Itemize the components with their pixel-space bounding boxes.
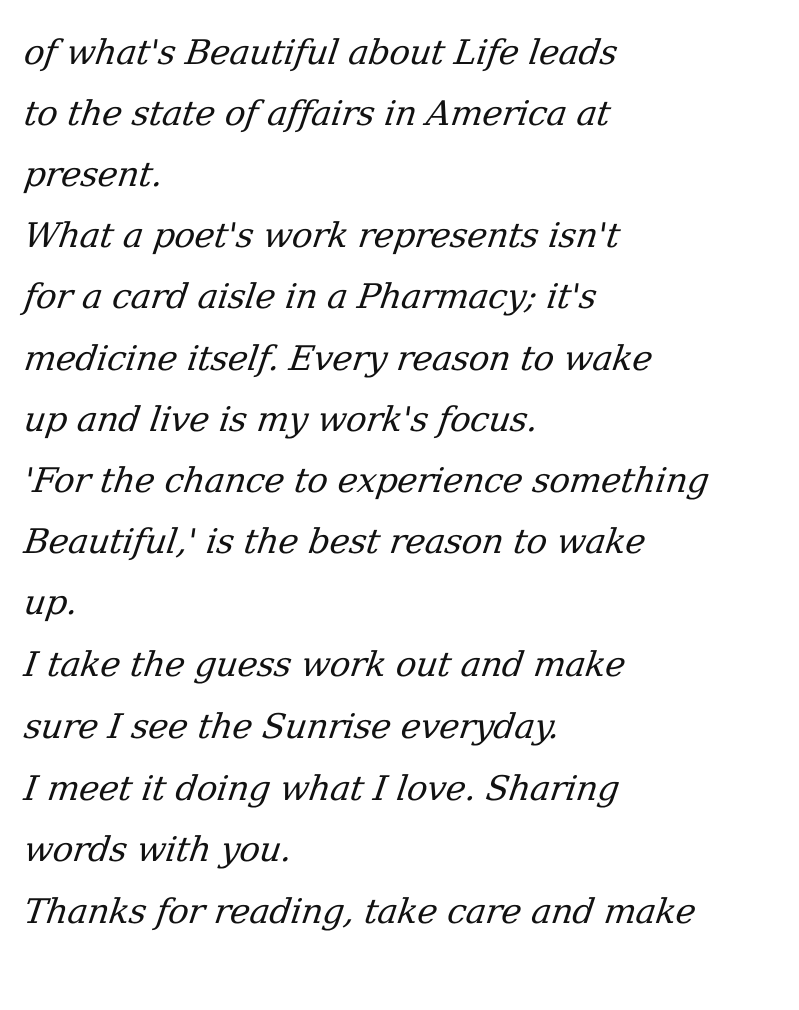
text-line: What a poet's work represents isn't [22,219,622,253]
text-line: to the state of affairs in America at [22,97,612,131]
text-line: 'For the chance to experience something [22,464,711,498]
text-line: I meet it doing what I love. Sharing [22,772,621,806]
text-line: for a card aisle in a Pharmacy; it's [22,280,599,314]
text-line: Thanks for reading, take care and make [22,895,698,929]
text-line: sure I see the Sunrise everyday. [22,710,562,744]
handwritten-page: of what's Beautiful about Life leads to … [0,0,799,1010]
text-line: present. [22,158,165,192]
text-line: I take the guess work out and make [22,648,628,682]
text-line: up and live is my work's focus. [22,403,540,437]
text-line: Beautiful,' is the best reason to wake [22,525,648,559]
text-line: up. [22,586,80,620]
text-line: words with you. [22,833,294,867]
text-line: medicine itself. Every reason to wake [22,342,655,376]
text-line: of what's Beautiful about Life leads [22,36,619,70]
